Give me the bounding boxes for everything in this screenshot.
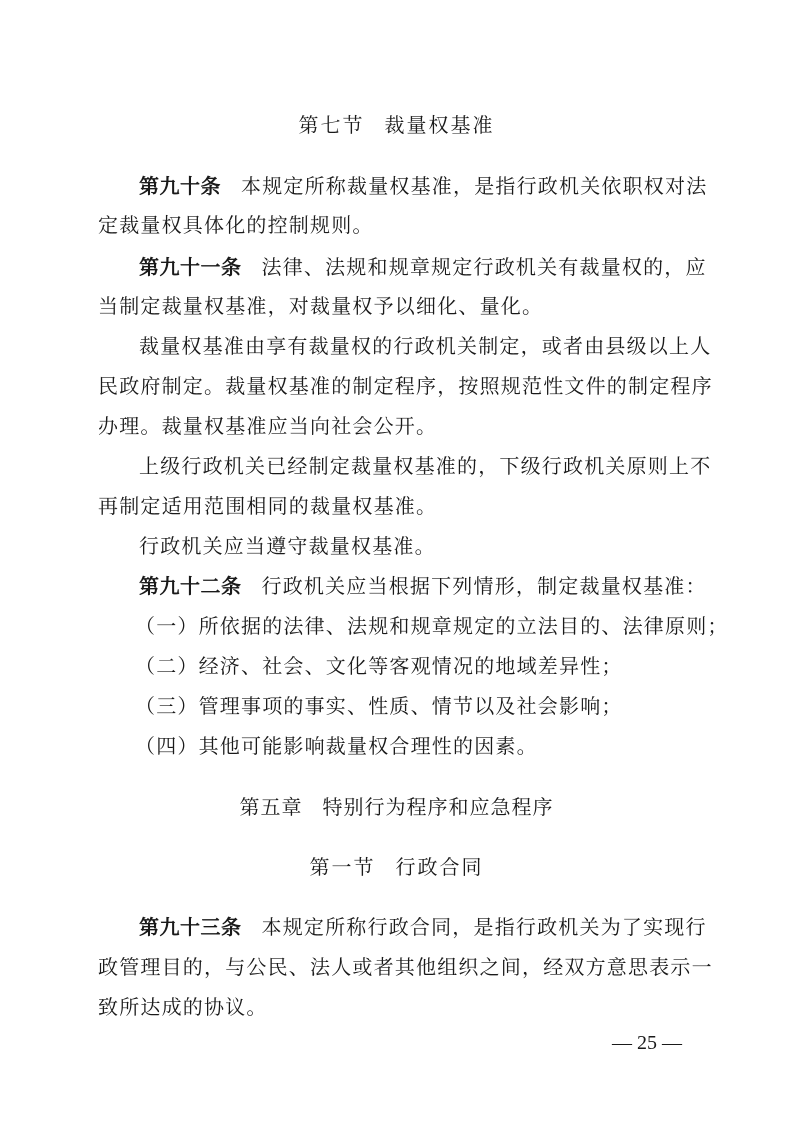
article-91-paragraph-2-line-3: 办理。裁量权基准应当向社会公开。 [98, 412, 704, 440]
article-91-paragraph-3-line-2: 再制定适用范围相同的裁量权基准。 [98, 492, 704, 520]
article-91-paragraph-4: 行政机关应当遵守裁量权基准。 [139, 532, 745, 560]
section-heading: 第七节裁量权基准 [0, 111, 793, 139]
section-number: 第一节 [310, 855, 376, 879]
document-page: 第七节裁量权基准 第九十条本规定所称裁量权基准，是指行政机关依职权对法 定裁量权… [0, 0, 793, 1122]
article-93-line-2: 政管理目的，与公民、法人或者其他组织之间，经双方意思表示一 [98, 953, 704, 981]
article-92-line-1: 第九十二条行政机关应当根据下列情形，制定裁量权基准： [139, 572, 704, 600]
list-item: （二）经济、社会、文化等客观情况的地域差异性； [135, 652, 703, 680]
article-91-paragraph-2-line-1: 裁量权基准由享有裁量权的行政机关制定，或者由县级以上人 [139, 332, 704, 360]
article-90-line-2: 定裁量权具体化的控制规则。 [98, 211, 704, 239]
article-number: 第九十一条 [139, 255, 242, 279]
chapter-title: 特别行为程序和应急程序 [323, 795, 554, 819]
article-90-line-1: 第九十条本规定所称裁量权基准，是指行政机关依职权对法 [139, 172, 704, 200]
article-91-paragraph-3-line-1: 上级行政机关已经制定裁量权基准的，下级行政机关原则上不 [139, 452, 704, 480]
article-91-paragraph-2-line-2: 民政府制定。裁量权基准的制定程序，按照规范性文件的制定程序 [98, 372, 704, 400]
article-93-line-1: 第九十三条本规定所称行政合同，是指行政机关为了实现行 [139, 913, 704, 941]
section-number: 第七节 [299, 113, 365, 137]
list-item: （四）其他可能影响裁量权合理性的因素。 [135, 732, 703, 760]
article-number: 第九十条 [139, 174, 221, 198]
article-text: 本规定所称行政合同，是指行政机关为了实现行 [262, 915, 707, 939]
article-number: 第九十三条 [139, 915, 242, 939]
article-text: 本规定所称裁量权基准，是指行政机关依职权对法 [241, 174, 707, 198]
list-item: （一）所依据的法律、法规和规章规定的立法目的、法律原则； [135, 612, 703, 640]
article-91-line-1: 第九十一条法律、法规和规章规定行政机关有裁量权的，应 [139, 253, 704, 281]
article-91-line-2: 当制定裁量权基准，对裁量权予以细化、量化。 [98, 292, 704, 320]
article-93-line-3: 致所达成的协议。 [98, 993, 704, 1021]
page-number: — 25 — [612, 1032, 682, 1055]
section-title: 裁量权基准 [385, 113, 495, 137]
chapter-number: 第五章 [240, 795, 303, 819]
article-text: 法律、法规和规章规定行政机关有裁量权的，应 [262, 255, 707, 279]
list-item: （三）管理事项的事实、性质、情节以及社会影响； [135, 692, 703, 720]
chapter-heading: 第五章特别行为程序和应急程序 [0, 793, 793, 821]
section-title: 行政合同 [396, 855, 484, 879]
article-number: 第九十二条 [139, 574, 242, 598]
section-heading: 第一节行政合同 [0, 853, 793, 881]
article-text: 行政机关应当根据下列情形，制定裁量权基准： [262, 574, 707, 598]
